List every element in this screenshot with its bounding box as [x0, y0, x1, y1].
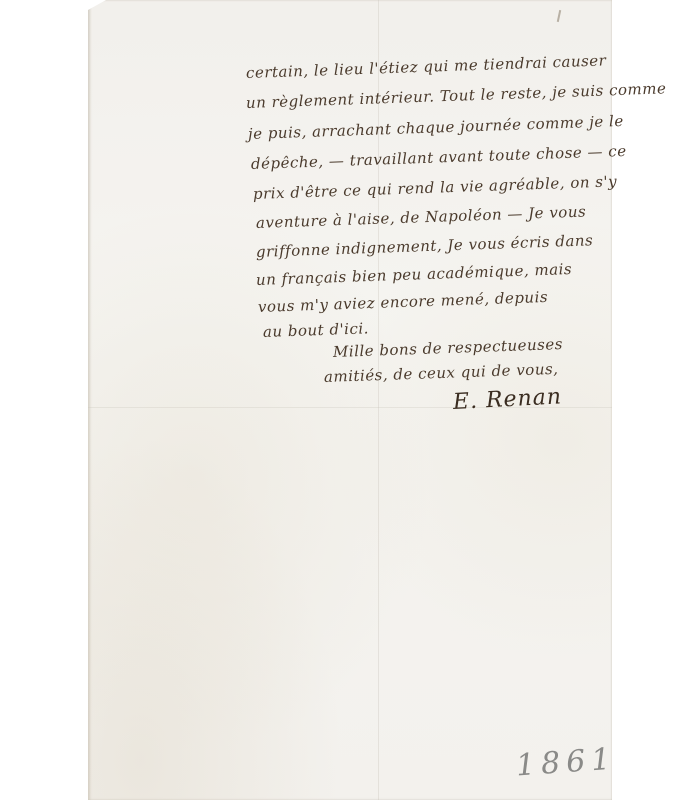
signature: E. Renan: [452, 384, 562, 415]
letter-line-5: prix d'être ce qui rend la vie agréable,…: [253, 172, 618, 203]
letter-line-1: certain, le lieu l'étiez qui me tiendrai…: [246, 51, 607, 82]
pencil-date-annotation: 1861: [515, 742, 618, 784]
letter-paper: certain, le lieu l'étiez qui me tiendrai…: [88, 0, 612, 800]
letter-line-9: vous m'y aviez encore mené, depuis: [258, 288, 549, 316]
letter-line-4: dépêche, — travaillant avant toute chose…: [251, 142, 627, 173]
letter-line-8: un français bien peu académique, mais: [256, 260, 573, 289]
letter-line-3: je puis, arrachant chaque journée comme …: [248, 112, 624, 143]
paper-corner-tear: [88, 0, 106, 10]
letter-line-10: au bout d'ici.: [263, 319, 370, 341]
letter-line-7: griffonne indignement, Je vous écris dan…: [256, 231, 594, 261]
letter-line-2: un règlement intérieur. Tout le reste, j…: [246, 79, 667, 112]
closing-line-1: Mille bons de respectueuses: [333, 335, 564, 361]
ink-mark: [557, 10, 561, 22]
letter-line-6: aventure à l'aise, de Napoléon — Je vous: [256, 202, 587, 232]
closing-line-2: amitiés, de ceux qui de vous,: [324, 360, 559, 386]
